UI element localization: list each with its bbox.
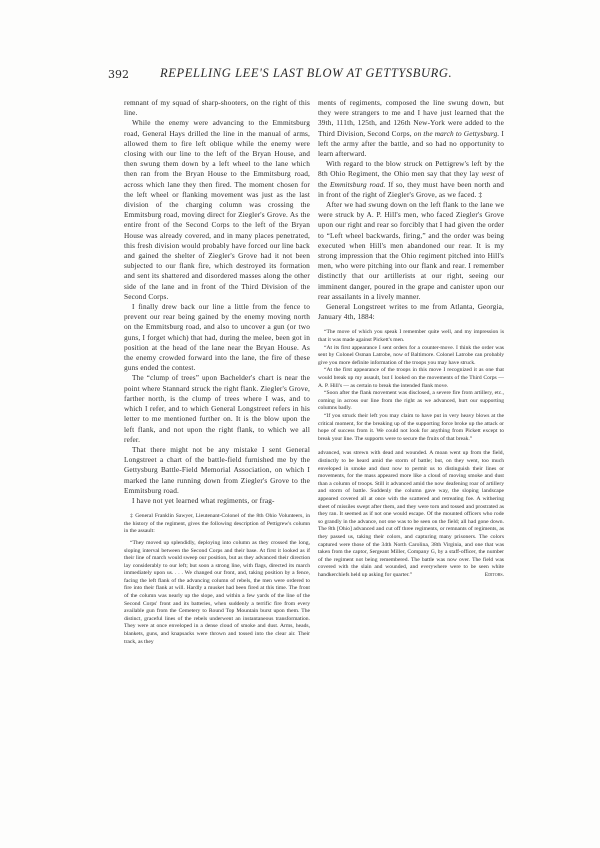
page-header: 392 REPELLING LEE'S LAST BLOW AT GETTYSB… xyxy=(108,66,508,84)
text-run: advanced, was strewn with dead and wound… xyxy=(318,450,504,578)
letter-paragraph: “Soon after the flank movement was discl… xyxy=(318,390,504,413)
editors-signature: Editors. xyxy=(485,572,504,580)
italic-run: on the march to Gettysburg. xyxy=(414,129,500,138)
body-paragraph: After we had swung down on the left flan… xyxy=(318,200,504,302)
letter-paragraph: “The move of which you speak I remember … xyxy=(318,329,504,344)
letter-paragraph: “At the first appearance of the troops i… xyxy=(318,367,504,390)
body-paragraph: General Longstreet writes to me from Atl… xyxy=(318,302,504,322)
footnote-intro: ‡ General Franklin Sawyer, Lieutenant-Co… xyxy=(124,513,310,536)
body-paragraph: I have not yet learned what regiments, o… xyxy=(124,496,310,506)
document-page: 392 REPELLING LEE'S LAST BLOW AT GETTYSB… xyxy=(0,0,600,848)
right-column: ments of regiments, composed the line sw… xyxy=(318,98,504,579)
body-paragraph: With regard to the blow struck on Pettig… xyxy=(318,159,504,200)
letter-paragraph: “At its first appearance I sent orders f… xyxy=(318,345,504,368)
body-paragraph: While the enemy were advancing to the Em… xyxy=(124,118,310,302)
body-paragraph: I finally drew back our line a little fr… xyxy=(124,302,310,373)
running-title: REPELLING LEE'S LAST BLOW AT GETTYSBURG. xyxy=(160,66,452,81)
italic-run: Emmitsburg road. xyxy=(330,180,386,189)
footnote-continuation: advanced, was strewn with dead and wound… xyxy=(318,450,504,579)
body-paragraph: The “clump of trees” upon Bachelder's ch… xyxy=(124,373,310,444)
italic-run: west xyxy=(482,169,496,178)
body-paragraph: That there might not be any mistake I se… xyxy=(124,445,310,496)
footnote-quote: “They moved up splendidly, deploying int… xyxy=(124,540,310,646)
body-paragraph: remnant of my squad of sharp-shooters, o… xyxy=(124,98,310,118)
letter-paragraph: “If you struck their left you may claim … xyxy=(318,413,504,443)
left-column: remnant of my squad of sharp-shooters, o… xyxy=(124,98,310,646)
text-run: With regard to the blow struck on Pettig… xyxy=(318,159,504,178)
body-paragraph: ments of regiments, composed the line sw… xyxy=(318,98,504,159)
page-number: 392 xyxy=(108,68,129,81)
